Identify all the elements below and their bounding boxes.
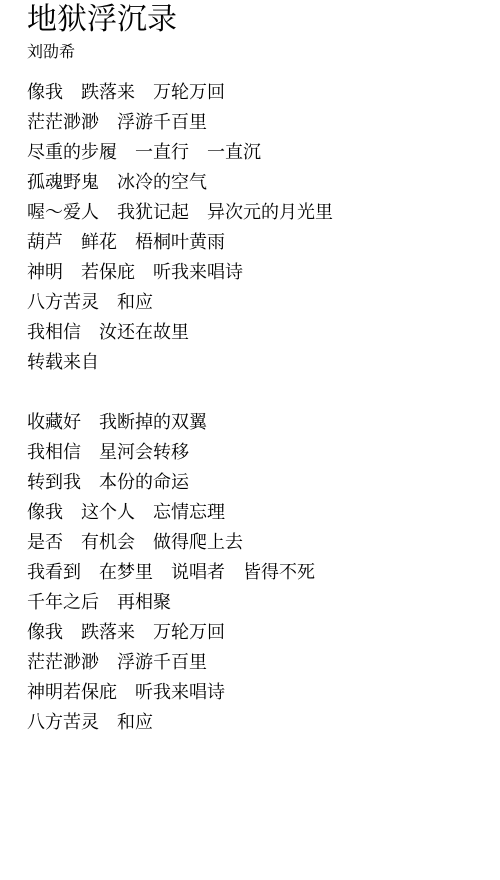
lyric-line: 我相信 汝还在故里 <box>27 318 480 348</box>
lyric-line: 我相信 星河会转移 <box>27 438 480 468</box>
artist-name: 刘劭希 <box>27 41 480 62</box>
lyric-line: 喔～爱人 我犹记起 异次元的月光里 <box>27 198 480 228</box>
lyric-line: 神明 若保庇 听我来唱诗 <box>27 258 480 288</box>
lyric-line: 葫芦 鲜花 梧桐叶黄雨 <box>27 228 480 258</box>
lyric-line: 是否 有机会 做得爬上去 <box>27 528 480 558</box>
lyric-line-blank <box>27 378 480 408</box>
lyric-line: 八方苦灵 和应 <box>27 708 480 738</box>
lyric-line: 八方苦灵 和应 <box>27 288 480 318</box>
lyric-line: 像我 这个人 忘情忘理 <box>27 498 480 528</box>
lyric-line: 孤魂野鬼 冰冷的空气 <box>27 168 480 198</box>
page-title: 地狱浮沉录 <box>27 2 480 37</box>
lyric-line: 茫茫渺渺 浮游千百里 <box>27 648 480 678</box>
lyric-line: 神明若保庇 听我来唱诗 <box>27 678 480 708</box>
lyrics-block: 像我 跌落来 万轮万回 茫茫渺渺 浮游千百里 尽重的步履 一直行 一直沉 孤魂野… <box>27 78 480 738</box>
lyric-line: 像我 跌落来 万轮万回 <box>27 618 480 648</box>
lyric-line: 收藏好 我断掉的双翼 <box>27 408 480 438</box>
lyric-line: 转到我 本份的命运 <box>27 468 480 498</box>
lyric-line: 尽重的步履 一直行 一直沉 <box>27 138 480 168</box>
lyric-line: 转载来自 <box>27 348 480 378</box>
lyric-line: 茫茫渺渺 浮游千百里 <box>27 108 480 138</box>
lyric-line: 千年之后 再相聚 <box>27 588 480 618</box>
lyric-line: 我看到 在梦里 说唱者 皆得不死 <box>27 558 480 588</box>
lyric-line: 像我 跌落来 万轮万回 <box>27 78 480 108</box>
